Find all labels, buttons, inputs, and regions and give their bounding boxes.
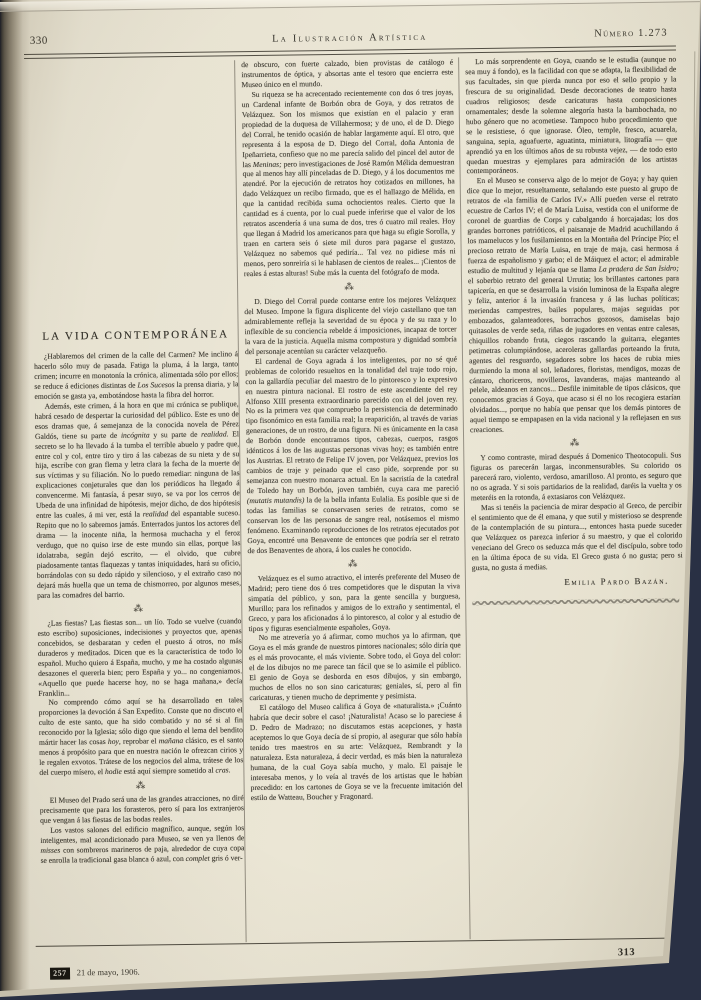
paragraph: En el Museo se conserva algo de lo mejor…	[467, 174, 681, 436]
page-content: 330 La Ilustración Artística Número 1.27…	[22, 21, 691, 995]
footer-left: 257 21 de mayo, 1906.	[50, 967, 140, 980]
paragraph: El cardenal de Goya agrada á los intelig…	[245, 354, 460, 556]
paragraph: D. Diego del Corral puede contarse entre…	[244, 294, 457, 356]
paragraph: Su riqueza se ha acrecentado recientemen…	[241, 87, 455, 279]
author-signature: Emilia Pardo Bazán.	[472, 575, 683, 588]
paragraph: Velázquez es el sumo atractivo, el inter…	[248, 571, 461, 633]
paragraph: Y como contraste, mirad después á Domeni…	[470, 451, 682, 504]
paragraph: El Museo del Prado será una de las grand…	[40, 793, 244, 826]
paragraph: de obscuro, con fuerte calzado, bien pro…	[241, 57, 453, 90]
paragraph: No comprendo cómo aquí se ha desarrollad…	[38, 696, 243, 778]
magazine-page: 330 La Ilustración Artística Número 1.27…	[0, 0, 701, 1000]
asterism-separator: ⁂	[37, 602, 241, 616]
article-title: LA VIDA CONTEMPORÁNEA	[34, 328, 238, 343]
masthead-title: La Ilustración Artística	[22, 28, 678, 48]
paragraph: Además, este crimen, á la hora en que mi…	[35, 399, 242, 601]
footer-date: 21 de mayo, 1906.	[77, 967, 140, 978]
paragraph: ¿Hablaremos del crimen de la calle del C…	[34, 349, 239, 401]
column-middle: de obscuro, con fuerte calzado, bien pro…	[241, 57, 465, 944]
asterism-separator: ⁂	[248, 557, 460, 571]
issue-badge: 257	[50, 967, 70, 979]
paragraph: Lo más sorprendente en Goya, cuando se l…	[465, 54, 678, 176]
paragraph: No me atrevería yo á afirmar, como mucho…	[249, 631, 462, 703]
column-left: LA VIDA CONTEMPORÁNEA¿Hablaremos del cri…	[30, 60, 246, 947]
paragraph: El catálogo del Museo califica á Goya de…	[250, 700, 463, 802]
column-right: Lo más sorprendente en Goya, cuando se l…	[465, 54, 688, 941]
asterism-separator: ⁂	[40, 779, 244, 793]
paragraph: Los vastos salones del edificio magnífic…	[40, 823, 245, 865]
issue-number: Número 1.273	[594, 28, 668, 40]
paragraph: Mas si tenéis la paciencia de mirar desp…	[471, 500, 683, 572]
top-page-crease	[0, 0, 701, 12]
asterism-separator: ⁂	[244, 280, 456, 294]
footer-page-number: 313	[618, 947, 635, 958]
scan-background: 330 La Ilustración Artística Número 1.27…	[0, 0, 701, 1000]
paragraph: ¿Las fiestas? Las fiestas son... un lío.…	[37, 616, 242, 698]
asterism-separator: ⁂	[470, 437, 681, 451]
wavy-rule	[472, 598, 679, 605]
